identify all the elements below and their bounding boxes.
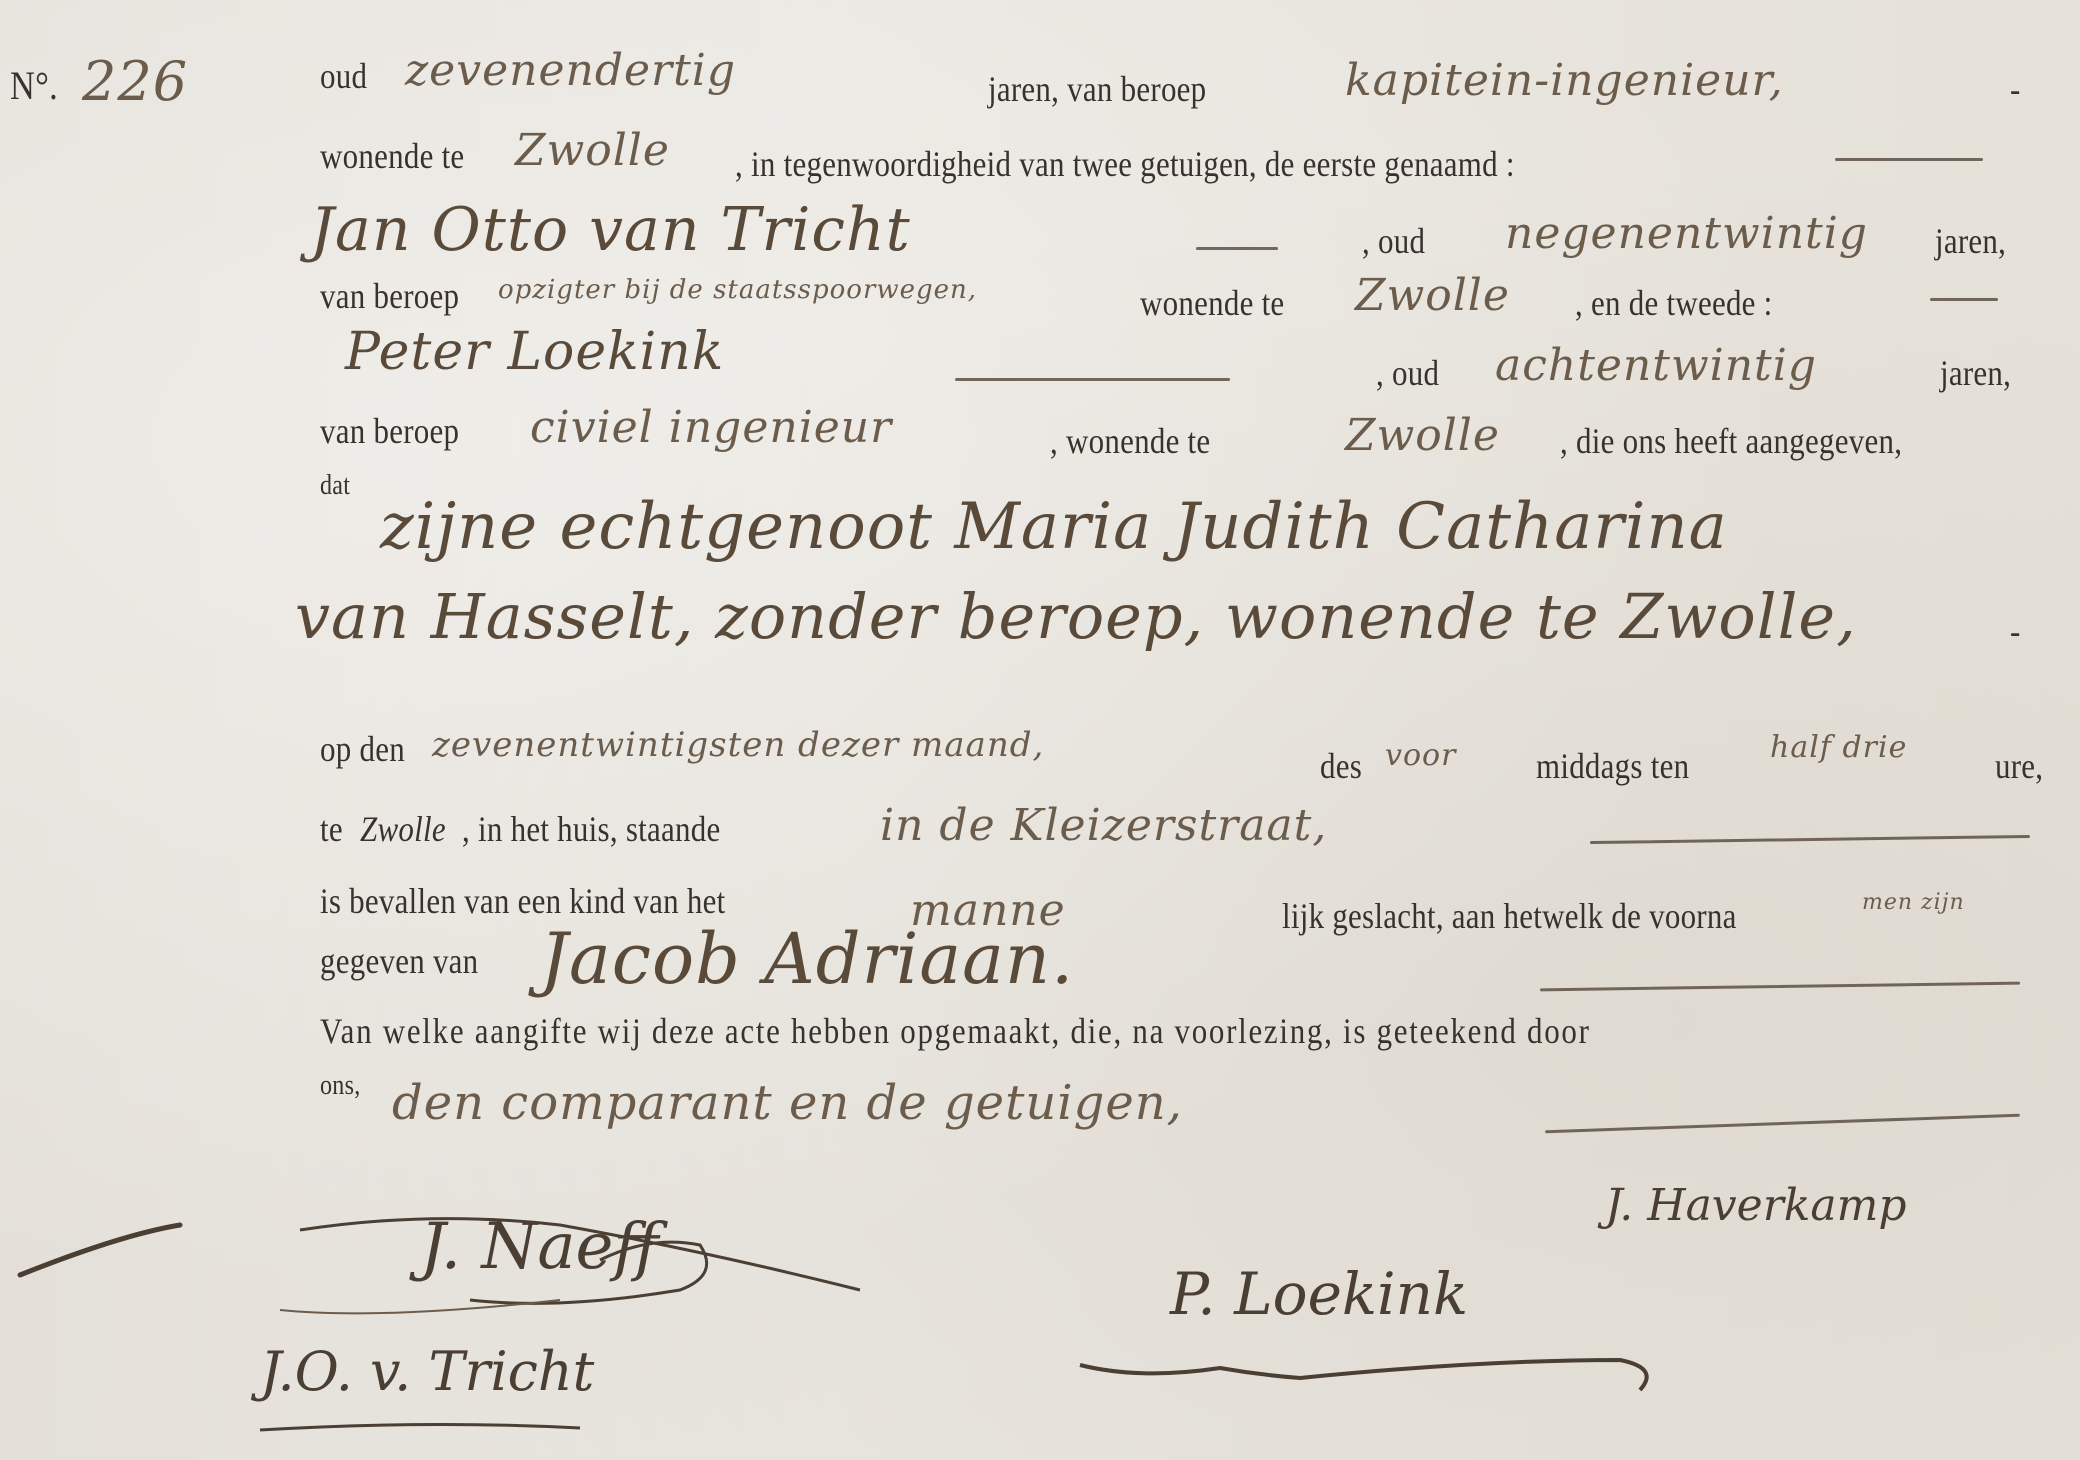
handwritten-witness-1-occupation: opzigter bij de staatsspoorwegen,	[498, 275, 977, 305]
printed-text: , in het huis, staande	[462, 808, 720, 850]
handwritten-hour: half drie	[1770, 730, 1907, 765]
register-page: N°. 226 oud zevenendertig jaren, van ber…	[0, 0, 2080, 1460]
handwritten-residence: Zwolle	[515, 125, 670, 176]
printed-text: dat	[320, 470, 350, 502]
printed-text: wonende te	[320, 135, 464, 177]
fill-line	[1545, 1114, 2020, 1134]
printed-text: , die ons heeft aangegeven,	[1560, 420, 1902, 462]
printed-text: ure,	[1995, 745, 2043, 787]
entry-number-label: N°.	[10, 62, 58, 109]
handwritten-occupation: kapitein-ingenieur,	[1345, 55, 1784, 106]
printed-text: jaren,	[1940, 352, 2011, 394]
printed-text: -	[2010, 610, 2021, 652]
printed-text: te	[320, 808, 343, 850]
signature-father: J. Haverkamp	[1605, 1180, 1907, 1231]
handwritten-witness-2-name: Peter Loekink	[345, 322, 724, 382]
printed-text: ons,	[320, 1070, 361, 1102]
handwritten-naming-suffix: men zijn	[1862, 890, 1965, 915]
printed-text: , oud	[1376, 352, 1439, 394]
printed-text: gegeven van	[320, 940, 478, 982]
handwritten-witness-2-occupation: civiel ingenieur	[530, 402, 892, 453]
printed-text: van beroep	[320, 275, 459, 317]
handwritten-witness-1-residence: Zwolle	[1355, 270, 1510, 321]
handwritten-age: zevenendertig	[405, 45, 736, 96]
handwritten-street: in de Kleizerstraat,	[880, 800, 1327, 851]
printed-text: jaren, van beroep	[988, 68, 1206, 110]
handwritten-signatories: den comparant en de getuigen,	[392, 1075, 1183, 1131]
signature-witness-1: J.O. v. Tricht	[260, 1340, 594, 1403]
signature-witness-2: P. Loekink	[1170, 1260, 1468, 1328]
signature-underline	[1060, 1340, 1680, 1400]
fill-line	[955, 378, 1230, 381]
printed-text: van beroep	[320, 410, 459, 452]
handwritten-witness-2-residence: Zwolle	[1345, 410, 1500, 461]
fill-line	[1590, 835, 2030, 844]
printed-text: middags ten	[1536, 745, 1689, 787]
handwritten-witness-1-name: Jan Otto van Tricht	[310, 195, 911, 265]
printed-text: , in tegenwoordigheid van twee getuigen,…	[735, 143, 1515, 185]
printed-text: , en de tweede :	[1575, 282, 1773, 324]
handwritten-mother-surname-residence: van Hasselt, zonder beroep, wonende te Z…	[295, 580, 1857, 653]
printed-text: jaren,	[1935, 220, 2006, 262]
handwritten-mother-name: zijne echtgenoot Maria Judith Catharina	[380, 490, 1728, 564]
handwritten-witness-2-age: achtentwintig	[1495, 340, 1817, 391]
printed-text: op den	[320, 728, 405, 770]
handwritten-witness-1-age: negenentwintig	[1505, 208, 1868, 259]
fill-line	[1196, 247, 1278, 250]
printed-text: , wonende te	[1050, 420, 1210, 462]
signature-flourish	[0, 1180, 960, 1320]
printed-text: wonende te	[1140, 282, 1284, 324]
fill-line	[1835, 158, 1983, 161]
signature-underline	[180, 1410, 660, 1450]
handwritten-child-name: Jacob Adriaan.	[540, 918, 1074, 1000]
handwritten-birth-date: zevenentwintigsten dezer maand,	[432, 725, 1044, 765]
printed-text: is bevallen van een kind van het	[320, 880, 725, 922]
printed-text: oud	[320, 55, 367, 97]
handwritten-time-of-day: voor	[1385, 738, 1456, 773]
fill-line	[1930, 298, 1998, 301]
printed-text: , oud	[1362, 220, 1425, 262]
entry-number-value: 226	[82, 50, 188, 113]
printed-text: des	[1320, 745, 1362, 787]
printed-place-name: Zwolle	[360, 808, 446, 850]
printed-closing-text: Van welke aangifte wij deze acte hebben …	[320, 1010, 1591, 1052]
fill-line	[1540, 982, 2020, 992]
printed-text: -	[2010, 68, 2021, 110]
printed-text: lijk geslacht, aan hetwelk de voorna	[1282, 895, 1737, 937]
